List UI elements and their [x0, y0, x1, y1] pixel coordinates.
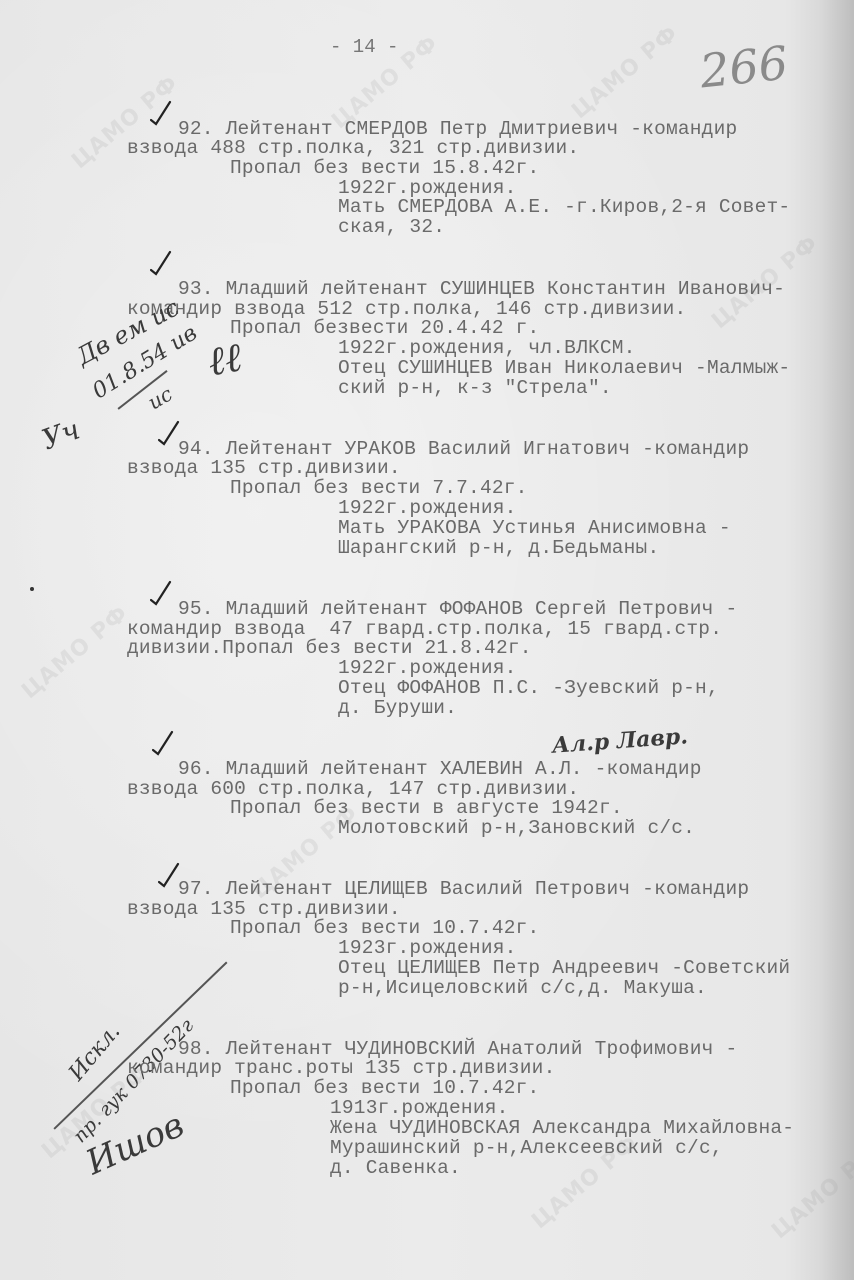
entry-96-line-3: Пропал без вести в августе 1942г. [230, 797, 623, 819]
entry-97-line-5: Отец ЦЕЛИЩЕВ Петр Андреевич -Советский [338, 957, 790, 979]
entry-92-line-3: Пропал без вести 15.8.42г. [230, 157, 539, 179]
entry-95-line-1: 95. Младший лейтенант ФОФАНОВ Сергей Пет… [178, 598, 737, 620]
entry-96-line-4: Молотовский р-н,Зановский с/с. [338, 817, 695, 839]
document-page: ЦАМО РФ ЦАМО РФ ЦАМО РФ ЦАМО РФ ЦАМО РФ … [0, 0, 854, 1280]
entry-97-line-6: р-н,Исицеловский с/с,д. Макуша. [338, 977, 707, 999]
ink-spot [30, 587, 34, 591]
handwritten-note: ис [144, 382, 177, 415]
checkmark-icon [152, 730, 174, 756]
entry-98-line-6: Мурашинский р-н,Алексеевский с/с, [330, 1137, 723, 1159]
entry-94-line-6: Шарангский р-н, д.Бедьманы. [338, 537, 659, 559]
entry-97-line-3: Пропал без вести 10.7.42г. [230, 917, 539, 939]
checkmark-icon [158, 420, 180, 446]
entry-98-line-3: Пропал без вести 10.7.42г. [230, 1077, 539, 1099]
entry-97-line-1: 97. Лейтенант ЦЕЛИЩЕВ Василий Петрович -… [178, 878, 749, 900]
handwritten-note: Ал.р Лавр. [551, 723, 688, 758]
entry-92-line-6: ская, 32. [338, 216, 445, 238]
entry-98-line-2: командир транс.роты 135 стр.дивизии. [127, 1057, 555, 1079]
page-number: - 14 - [330, 36, 398, 58]
watermark: ЦАМО РФ [17, 601, 133, 704]
entry-92-line-5: Мать СМЕРДОВА А.Е. -г.Киров,2-я Совет- [338, 196, 790, 218]
entry-94-line-3: Пропал без вести 7.7.42г. [230, 477, 528, 499]
checkmark-icon [150, 580, 172, 606]
handwritten-signature: ℓℓ [204, 333, 245, 385]
watermark: ЦАМО РФ [767, 1141, 854, 1244]
handwritten-note: Уч [37, 413, 84, 457]
entry-94-line-2: взвода 135 стр.дивизии. [127, 457, 401, 479]
checkmark-icon [158, 862, 180, 888]
entry-95-line-3: дивизии.Пропал без вести 21.8.42г. [127, 637, 532, 659]
entry-94-line-5: Мать УРАКОВА Устинья Анисимовна - [338, 517, 731, 539]
entry-93-line-4: 1922г.рождения, чл.ВЛКСМ. [338, 337, 636, 359]
checkmark-icon [150, 100, 172, 126]
entry-93-line-6: ский р-н, к-з "Стрела". [338, 377, 612, 399]
checkmark-icon [150, 250, 172, 276]
archive-sheet-number: 266 [697, 36, 790, 99]
entry-95-line-4: 1922г.рождения. [338, 657, 517, 679]
entry-98-line-4: 1913г.рождения. [330, 1097, 509, 1119]
entry-93-line-5: Отец СУШИНЦЕВ Иван Николаевич -Малмыж- [338, 357, 790, 379]
entry-98-line-7: д. Савенка. [330, 1157, 461, 1179]
entry-94-line-4: 1922г.рождения. [338, 497, 517, 519]
entry-92-line-2: взвода 488 стр.полка, 321 стр.дивизии. [127, 137, 579, 159]
entry-96-line-1: 96. Младший лейтенант ХАЛЕВИН А.Л. -кома… [178, 758, 702, 780]
watermark: ЦАМО РФ [567, 21, 683, 124]
entry-95-line-5: Отец ФОФАНОВ П.С. -Зуевский р-н, [338, 677, 719, 699]
entry-97-line-4: 1923г.рождения. [338, 937, 517, 959]
entry-93-line-1: 93. Младший лейтенант СУШИНЦЕВ Константи… [178, 278, 785, 300]
handwritten-note: Искл. [64, 1019, 125, 1085]
entry-93-line-3: Пропал безвести 20.4.42 г. [230, 317, 539, 339]
entry-98-line-5: Жена ЧУДИНОВСКАЯ Александра Михайловна- [330, 1117, 794, 1139]
entry-95-line-6: д. Буруши. [338, 697, 457, 719]
